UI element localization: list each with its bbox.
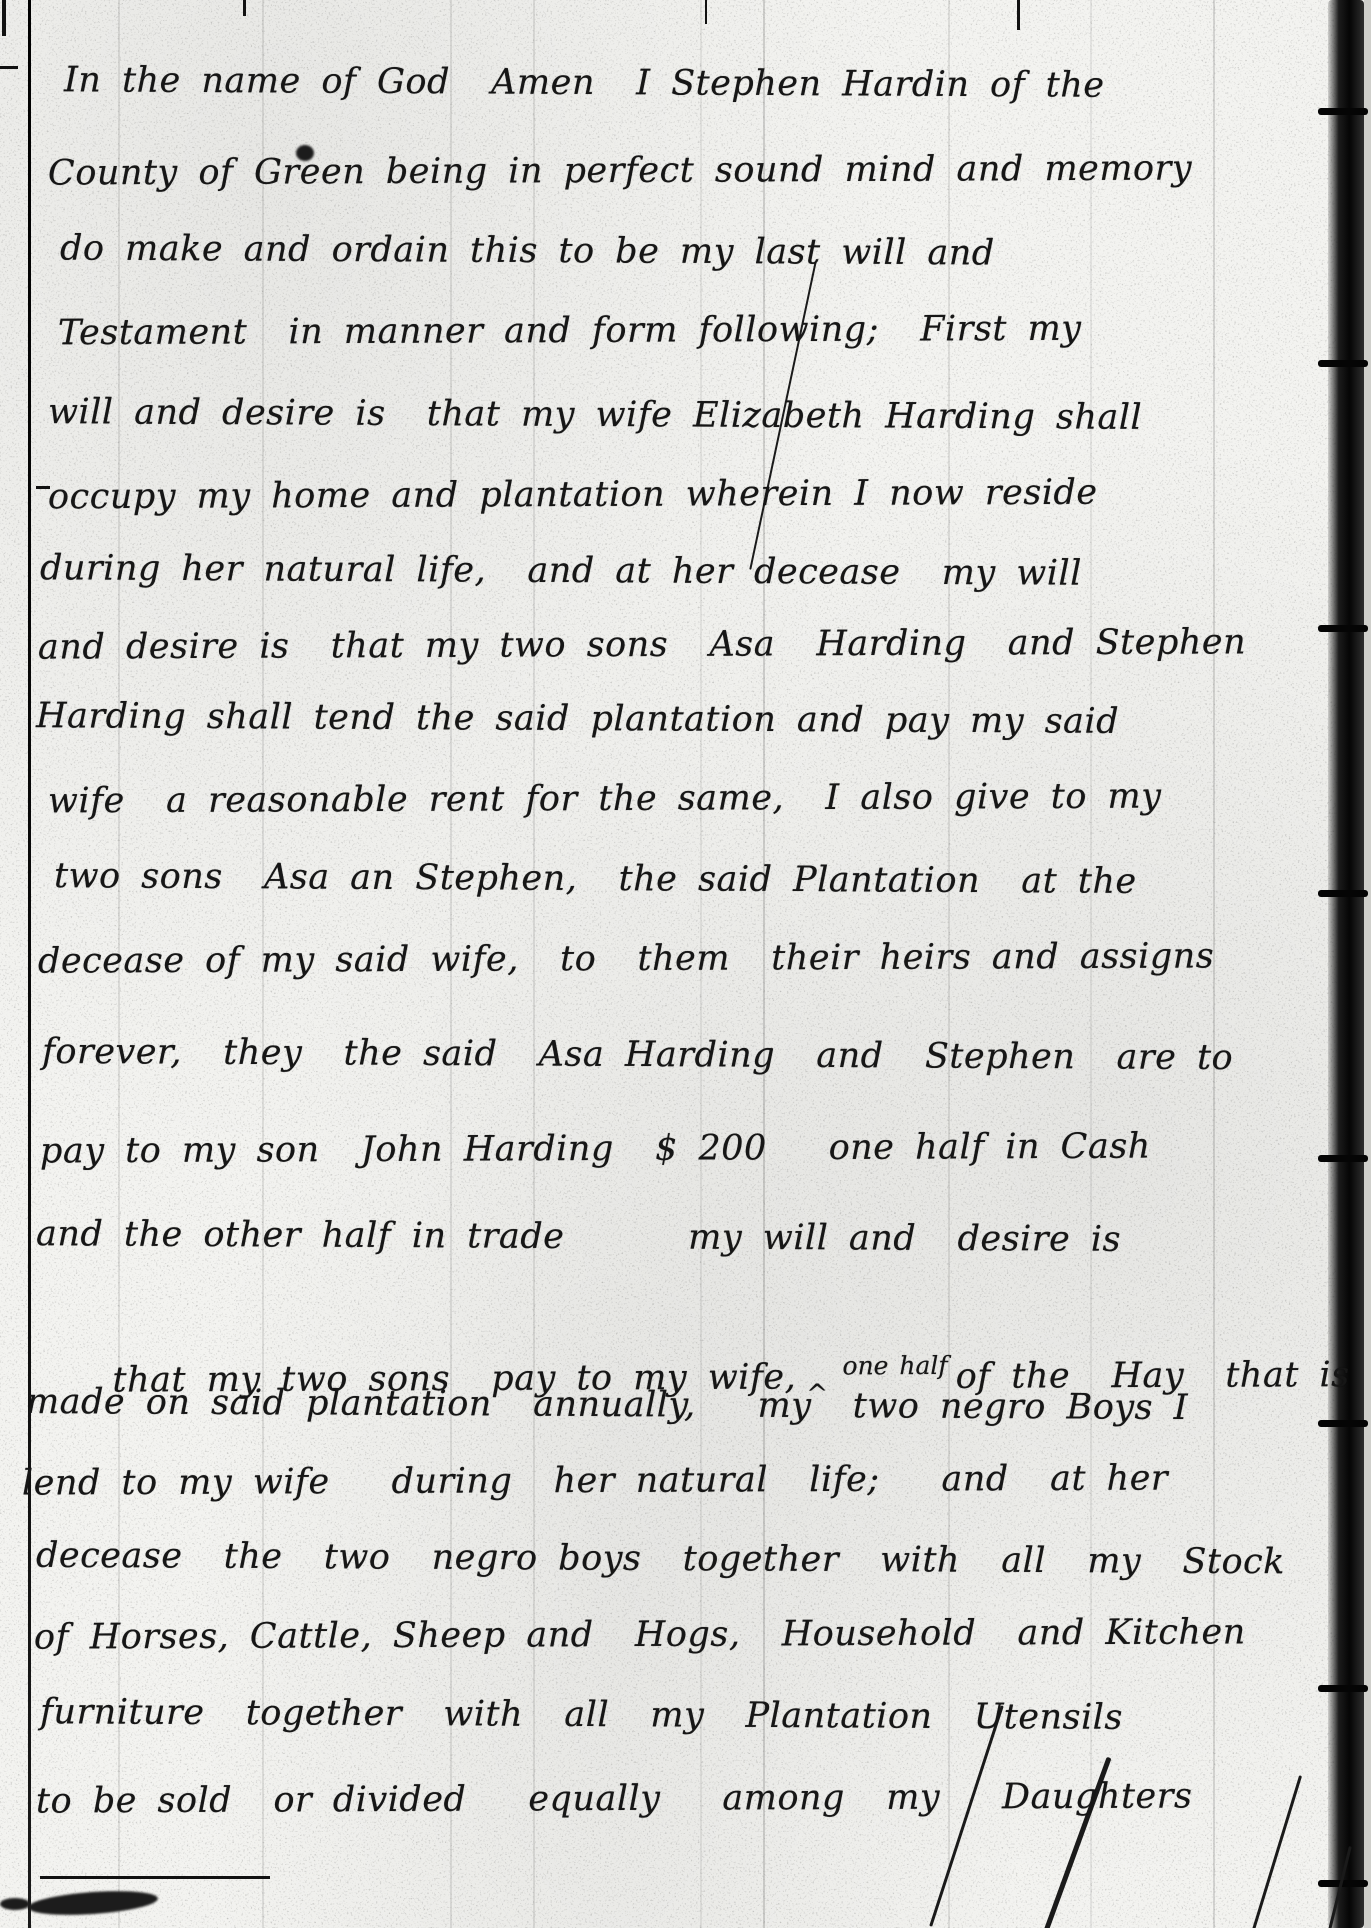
manuscript-line: lend to my wife during her natural life;… xyxy=(22,1455,1168,1506)
interlinear-insertion: one half xyxy=(842,1351,947,1380)
manuscript-line: to be sold or divided equally among my D… xyxy=(36,1773,1193,1824)
top-tick xyxy=(705,0,707,24)
stitch-mark xyxy=(1318,625,1368,632)
manuscript-line: do make and ordain this to be my last wi… xyxy=(60,226,995,277)
manuscript-line: Testament in manner and form following; … xyxy=(58,306,1082,356)
ink-blot xyxy=(0,1898,30,1910)
manuscript-line: furniture together with all my Plantatio… xyxy=(40,1689,1123,1741)
manuscript-line: decease of my said wife, to them their h… xyxy=(38,933,1214,984)
ink-blot xyxy=(27,1887,158,1918)
manuscript-line: occupy my home and plantation wherein I … xyxy=(48,470,1098,521)
manuscript-line: will and desire is that my wife Elizabet… xyxy=(48,389,1142,441)
manuscript-line: two sons Asa an Stephen, the said Planta… xyxy=(54,853,1137,905)
stitch-mark xyxy=(1318,1155,1368,1162)
top-tick xyxy=(1017,0,1020,30)
manuscript-line: Harding shall tend the said plantation a… xyxy=(36,693,1119,745)
binding-edge xyxy=(1328,0,1364,1928)
manuscript-line: wife a reasonable rent for the same, I a… xyxy=(48,774,1162,825)
manuscript-line: and the other half in trade my will and … xyxy=(36,1211,1121,1263)
margin-dash xyxy=(0,66,18,69)
manuscript-line: made on said plantation annually, my two… xyxy=(26,1379,1188,1431)
manuscript-line: pay to my son John Harding $ 200 one hal… xyxy=(40,1124,1151,1175)
manuscript-line: County of Green being in perfect sound m… xyxy=(48,146,1192,197)
top-tick xyxy=(243,0,246,16)
pen-stroke xyxy=(1251,1775,1302,1928)
stitch-mark xyxy=(1318,1685,1368,1692)
stitch-mark xyxy=(1318,360,1368,367)
manuscript-line: and desire is that my two sons Asa Hardi… xyxy=(38,619,1246,670)
stitch-mark xyxy=(1318,890,1368,897)
corner-mark xyxy=(2,0,6,36)
page-edge xyxy=(1364,0,1371,1928)
ink-line xyxy=(40,1876,270,1879)
manuscript-page: In the name of God Amen I Stephen Hardin… xyxy=(0,0,1371,1928)
manuscript-line: In the name of God Amen I Stephen Hardin… xyxy=(64,57,1105,108)
manuscript-line: decease the two negro boys together with… xyxy=(36,1533,1285,1586)
manuscript-line: of Horses, Cattle, Sheep and Hogs, House… xyxy=(34,1609,1246,1660)
manuscript-line: forever, they the said Asa Harding and S… xyxy=(42,1029,1233,1081)
manuscript-line: during her natural life, and at her dece… xyxy=(40,545,1082,596)
left-margin-rule-line xyxy=(28,0,31,1928)
stitch-mark xyxy=(1318,108,1368,115)
